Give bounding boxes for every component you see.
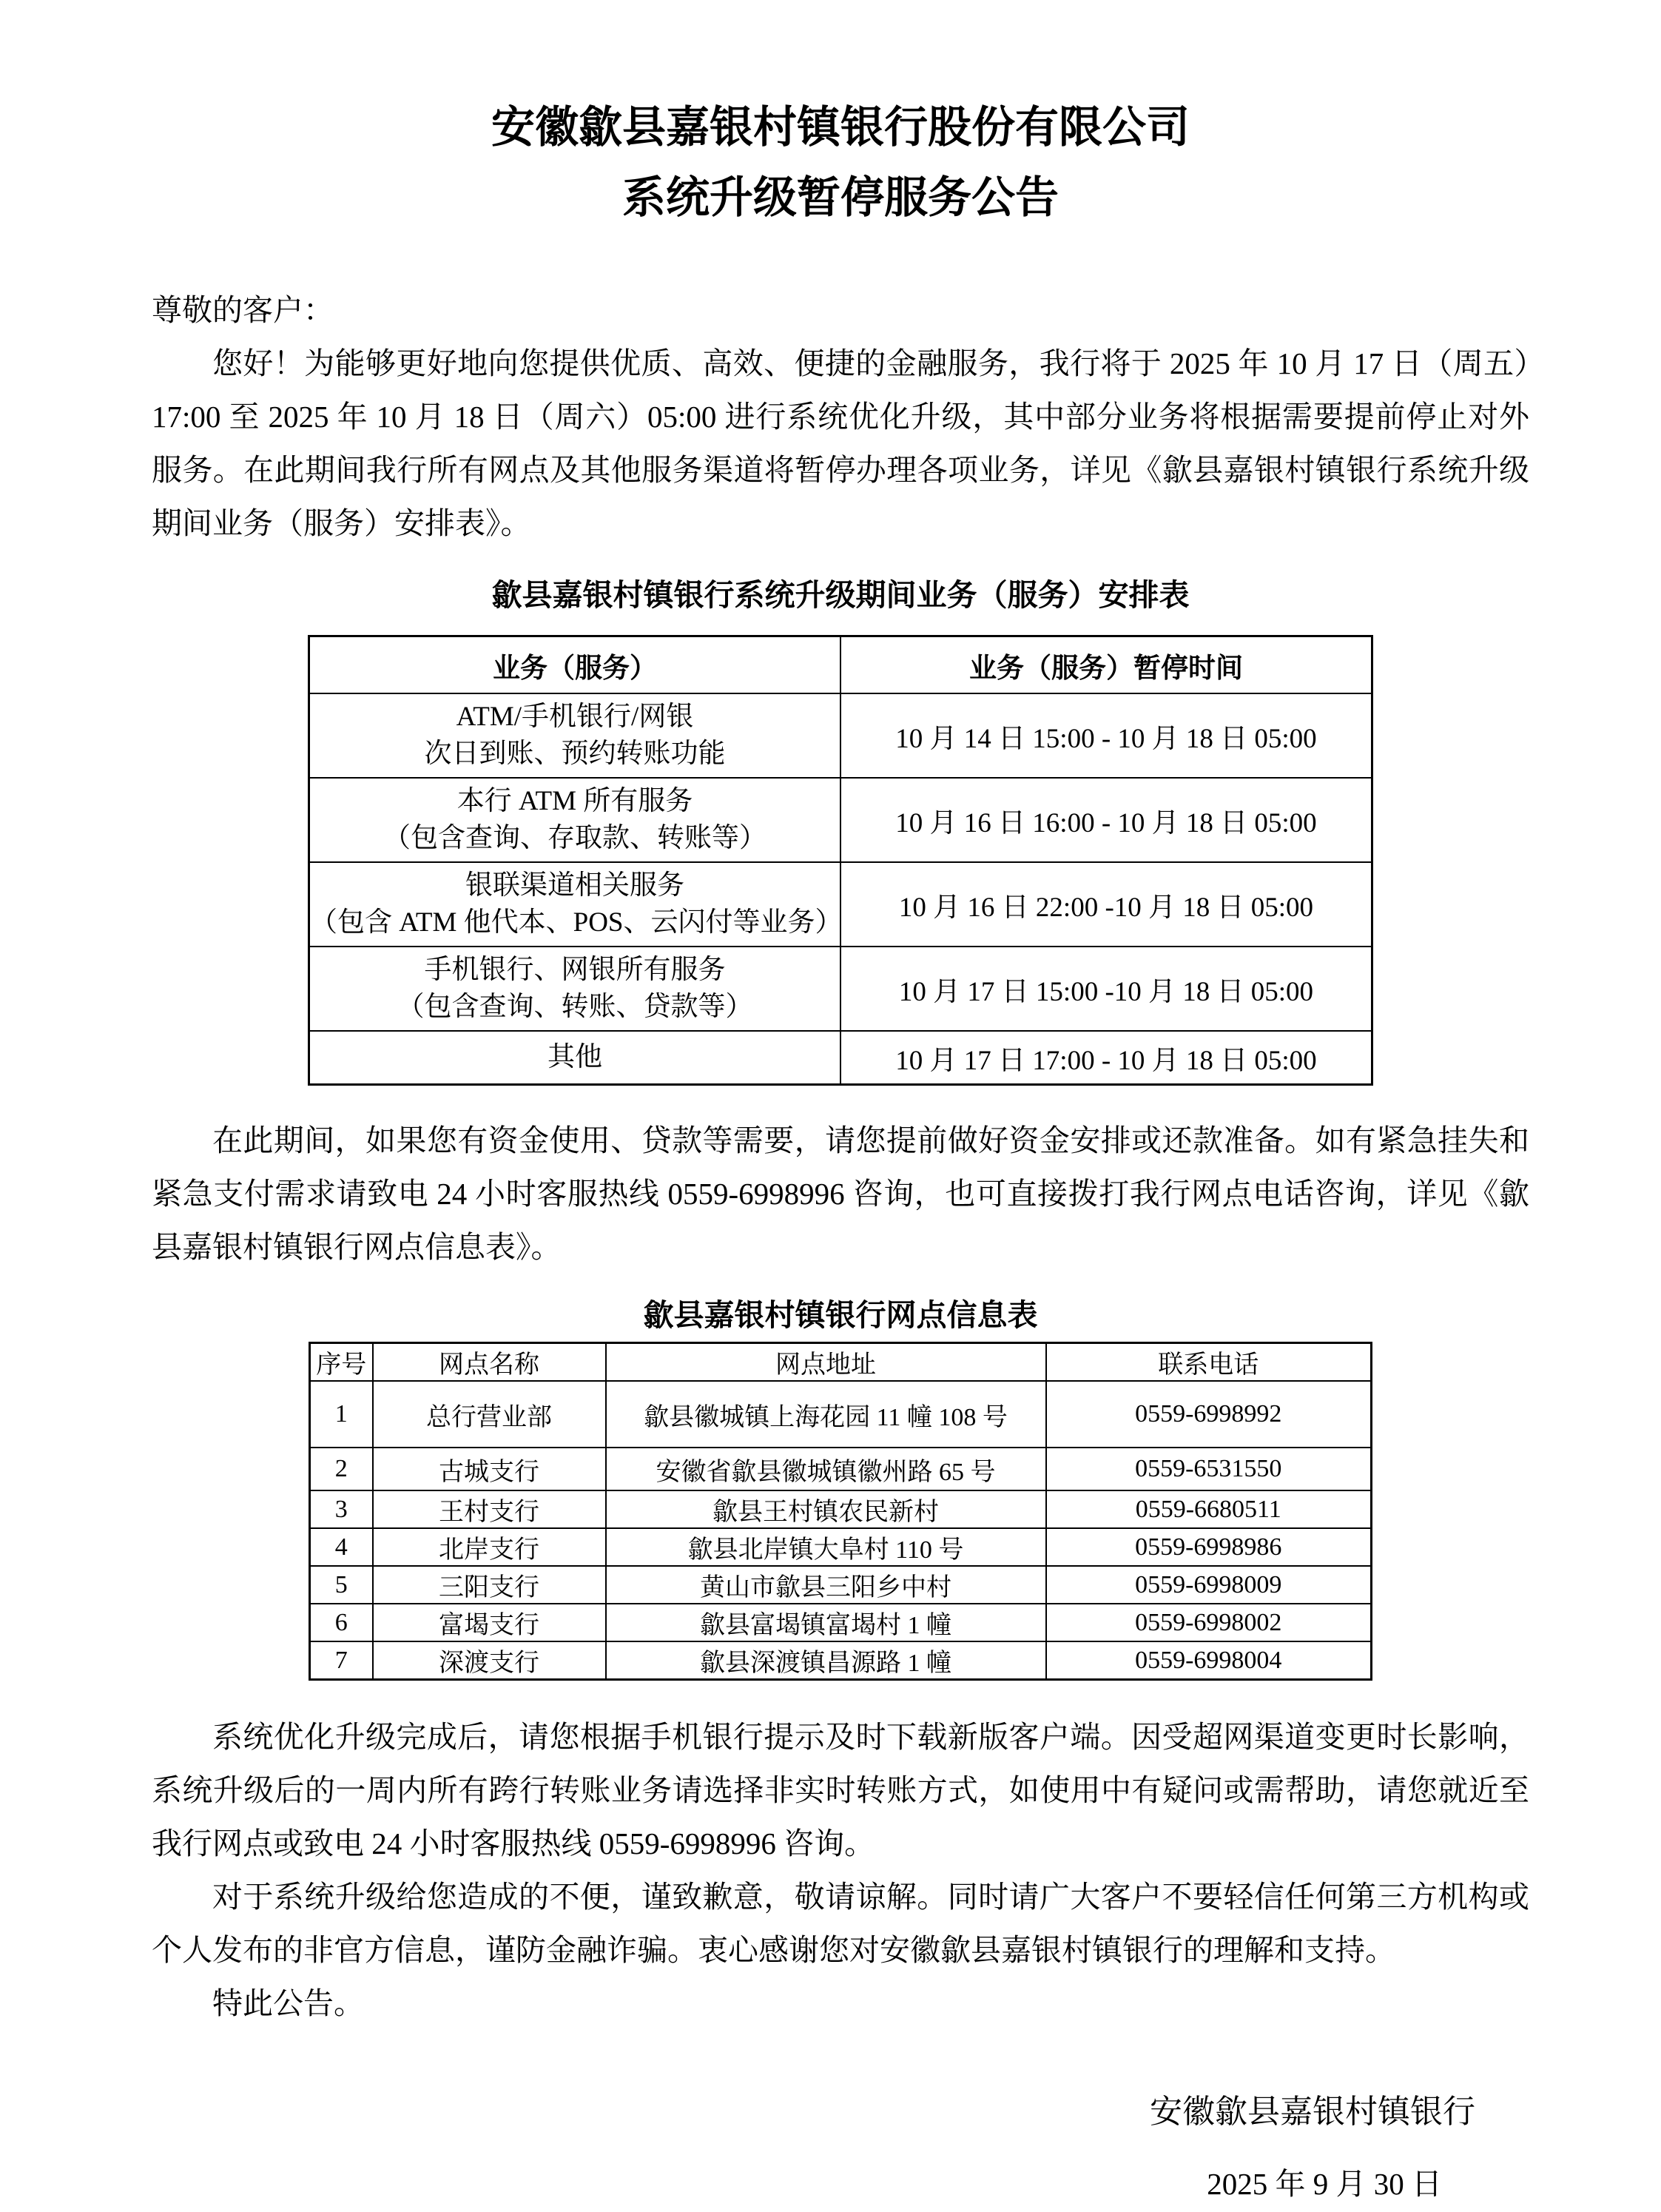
service-line: ATM/手机银行/网银 <box>310 699 840 736</box>
service-header-cell: 业务（服务） <box>309 636 841 694</box>
service-line: 本行 ATM 所有服务 <box>310 783 840 820</box>
salutation: 尊敬的客户： <box>152 283 1529 337</box>
table-row: 其他 10 月 17 日 17:00 - 10 月 18 日 05:00 <box>309 1031 1372 1085</box>
branch-address: 歙县徽城镇上海花园 11 幢 108 号 <box>606 1381 1046 1448</box>
service-schedule-header-row: 业务（服务） 业务（服务）暂停时间 <box>309 636 1372 694</box>
paragraph-closing: 特此公告。 <box>152 1977 1529 2030</box>
service-line: 次日到账、预约转账功能 <box>310 736 840 773</box>
announcement-date: 2025 年 9 月 30 日 <box>152 2157 1529 2211</box>
branch-phone: 0559-6998009 <box>1046 1566 1372 1604</box>
document-title-line1: 安徽歙县嘉银村镇银行股份有限公司 <box>152 93 1529 163</box>
service-cell: 本行 ATM 所有服务 （包含查询、存取款、转账等） <box>309 778 841 862</box>
branch-address: 安徽省歙县徽城镇徽州路 65 号 <box>606 1448 1046 1490</box>
branch-row: 5 三阳支行 黄山市歙县三阳乡中村 0559-6998009 <box>310 1566 1372 1604</box>
branch-name: 王村支行 <box>373 1490 606 1528</box>
branch-name: 北岸支行 <box>373 1528 606 1566</box>
branch-name: 富堨支行 <box>373 1604 606 1641</box>
service-line: （包含 ATM 他代本、POS、云闪付等业务） <box>310 904 840 941</box>
service-cell: ATM/手机银行/网银 次日到账、预约转账功能 <box>309 693 841 778</box>
branch-row: 2 古城支行 安徽省歙县徽城镇徽州路 65 号 0559-6531550 <box>310 1448 1372 1490</box>
time-cell: 10 月 14 日 15:00 - 10 月 18 日 05:00 <box>840 693 1372 778</box>
suspend-time-header-cell: 业务（服务）暂停时间 <box>840 636 1372 694</box>
branch-phone: 0559-6998002 <box>1046 1604 1372 1641</box>
branch-index: 4 <box>310 1528 373 1566</box>
time-cell: 10 月 16 日 22:00 -10 月 18 日 05:00 <box>840 862 1372 947</box>
branch-name: 三阳支行 <box>373 1566 606 1604</box>
branch-index: 3 <box>310 1490 373 1528</box>
table-row: ATM/手机银行/网银 次日到账、预约转账功能 10 月 14 日 15:00 … <box>309 693 1372 778</box>
service-line: 银联渠道相关服务 <box>310 867 840 904</box>
service-cell: 手机银行、网银所有服务 （包含查询、转账、贷款等） <box>309 947 841 1031</box>
branch-index: 2 <box>310 1448 373 1490</box>
service-schedule-table: 业务（服务） 业务（服务）暂停时间 ATM/手机银行/网银 次日到账、预约转账功… <box>308 635 1373 1086</box>
service-schedule-table-title: 歙县嘉银村镇银行系统升级期间业务（服务）安排表 <box>152 568 1529 622</box>
paragraph-hotline: 在此期间，如果您有资金使用、贷款等需要，请您提前做好资金安排或还款准备。如有紧急… <box>152 1114 1529 1274</box>
branch-address: 歙县北岸镇大阜村 110 号 <box>606 1528 1046 1566</box>
time-cell: 10 月 16 日 16:00 - 10 月 18 日 05:00 <box>840 778 1372 862</box>
branch-name: 总行营业部 <box>373 1381 606 1448</box>
service-line: 其他 <box>310 1039 840 1076</box>
branch-phone: 0559-6531550 <box>1046 1448 1372 1490</box>
document-title-line2: 系统升级暂停服务公告 <box>152 163 1529 233</box>
branch-address: 黄山市歙县三阳乡中村 <box>606 1566 1046 1604</box>
table-row: 手机银行、网银所有服务 （包含查询、转账、贷款等） 10 月 17 日 15:0… <box>309 947 1372 1031</box>
branch-index: 6 <box>310 1604 373 1641</box>
service-line: 手机银行、网银所有服务 <box>310 952 840 989</box>
branch-name: 深渡支行 <box>373 1641 606 1680</box>
time-cell: 10 月 17 日 15:00 -10 月 18 日 05:00 <box>840 947 1372 1031</box>
branch-row: 7 深渡支行 歙县深渡镇昌源路 1 幢 0559-6998004 <box>310 1641 1372 1680</box>
branch-phone: 0559-6998986 <box>1046 1528 1372 1566</box>
table-row: 本行 ATM 所有服务 （包含查询、存取款、转账等） 10 月 16 日 16:… <box>309 778 1372 862</box>
branch-address-header-cell: 网点地址 <box>606 1343 1046 1382</box>
index-header-cell: 序号 <box>310 1343 373 1382</box>
branch-index: 5 <box>310 1566 373 1604</box>
document-title: 安徽歙县嘉银村镇银行股份有限公司 系统升级暂停服务公告 <box>152 93 1529 233</box>
branch-index: 7 <box>310 1641 373 1680</box>
branch-name-header-cell: 网点名称 <box>373 1343 606 1382</box>
branch-row: 6 富堨支行 歙县富堨镇富堨村 1 幢 0559-6998002 <box>310 1604 1372 1641</box>
branch-phone: 0559-6680511 <box>1046 1490 1372 1528</box>
announcement-page: 安徽歙县嘉银村镇银行股份有限公司 系统升级暂停服务公告 尊敬的客户： 您好！为能… <box>0 0 1661 2212</box>
branch-row: 3 王村支行 歙县王村镇农民新村 0559-6680511 <box>310 1490 1372 1528</box>
branch-phone: 0559-6998992 <box>1046 1381 1372 1448</box>
branch-info-table-title: 歙县嘉银村镇银行网点信息表 <box>152 1288 1529 1342</box>
service-line: （包含查询、转账、贷款等） <box>310 989 840 1026</box>
table-row: 银联渠道相关服务 （包含 ATM 他代本、POS、云闪付等业务） 10 月 16… <box>309 862 1372 947</box>
branch-address: 歙县深渡镇昌源路 1 幢 <box>606 1641 1046 1680</box>
service-cell: 银联渠道相关服务 （包含 ATM 他代本、POS、云闪付等业务） <box>309 862 841 947</box>
branch-phone: 0559-6998004 <box>1046 1641 1372 1680</box>
branch-name: 古城支行 <box>373 1448 606 1490</box>
service-line: （包含查询、存取款、转账等） <box>310 820 840 857</box>
service-cell: 其他 <box>309 1031 841 1085</box>
branch-info-table: 序号 网点名称 网点地址 联系电话 1 总行营业部 歙县徽城镇上海花园 11 幢… <box>309 1342 1372 1681</box>
branch-info-header-row: 序号 网点名称 网点地址 联系电话 <box>310 1343 1372 1382</box>
branch-address: 歙县王村镇农民新村 <box>606 1490 1046 1528</box>
branch-address: 歙县富堨镇富堨村 1 幢 <box>606 1604 1046 1641</box>
paragraph-intro: 您好！为能够更好地向您提供优质、高效、便捷的金融服务，我行将于 2025 年 1… <box>152 337 1529 550</box>
paragraph-post-upgrade: 系统优化升级完成后，请您根据手机银行提示及时下载新版客户端。因受超网渠道变更时长… <box>152 1710 1529 1870</box>
time-cell: 10 月 17 日 17:00 - 10 月 18 日 05:00 <box>840 1031 1372 1085</box>
branch-index: 1 <box>310 1381 373 1448</box>
signature: 安徽歙县嘉银村镇银行 <box>152 2085 1529 2139</box>
branch-phone-header-cell: 联系电话 <box>1046 1343 1372 1382</box>
branch-row: 1 总行营业部 歙县徽城镇上海花园 11 幢 108 号 0559-699899… <box>310 1381 1372 1448</box>
branch-row: 4 北岸支行 歙县北岸镇大阜村 110 号 0559-6998986 <box>310 1528 1372 1566</box>
paragraph-apology: 对于系统升级给您造成的不便，谨致歉意，敬请谅解。同时请广大客户不要轻信任何第三方… <box>152 1870 1529 1977</box>
